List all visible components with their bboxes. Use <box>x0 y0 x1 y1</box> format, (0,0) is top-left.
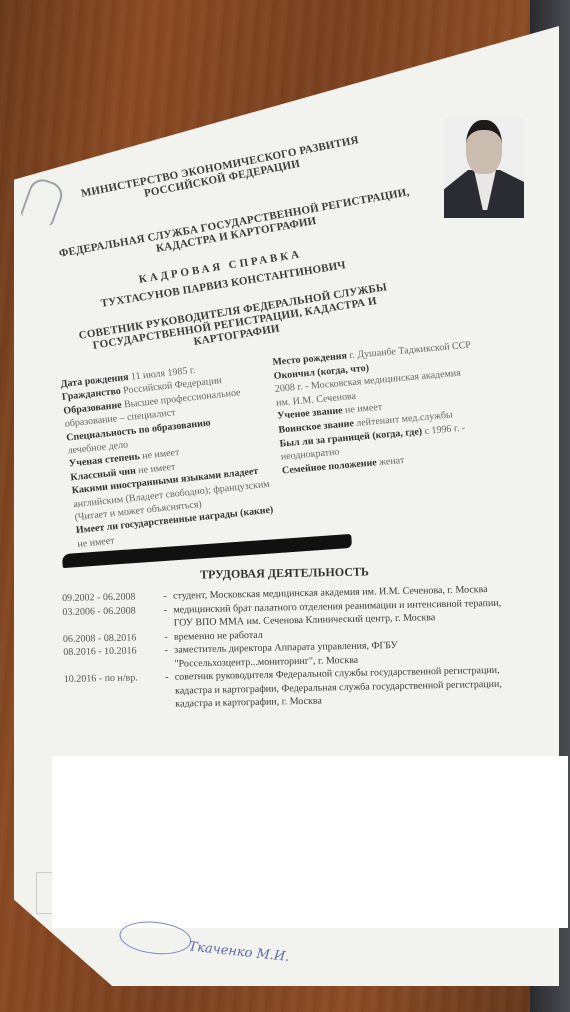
employment-title: ТРУДОВАЯ ДЕЯТЕЛЬНОСТЬ <box>200 565 369 583</box>
signature: Ткаченко М.И. <box>188 939 290 964</box>
right-fields: Место рождения г. Душанбе Таджикской ССР… <box>272 339 481 478</box>
employment-dash: - <box>158 630 174 644</box>
employment-dash: - <box>159 671 175 685</box>
employment-dates <box>64 707 159 709</box>
employment-dates <box>63 626 158 628</box>
employment-text: кадастра и картографии, г. Москва <box>175 696 322 710</box>
portrait-photo <box>444 118 524 218</box>
ministry-line-1: МИНИСТЕРСТВО ЭКОНОМИЧЕСКОГО РАЗВИТИЯ <box>80 134 360 200</box>
photo-head <box>466 120 502 174</box>
employment-dash: - <box>158 644 174 658</box>
left-fields: Дата рождения 11 июля 1985 г.Гражданство… <box>60 357 275 551</box>
stamp-seal-icon <box>118 918 193 957</box>
employment-dash: - <box>157 603 173 617</box>
employment-dash: - <box>157 590 173 604</box>
field-value: не имеет <box>77 535 115 550</box>
employment-dates <box>64 693 159 695</box>
ministry-header: МИНИСТЕРСТВО ЭКОНОМИЧЕСКОГО РАЗВИТИЯ РОС… <box>80 134 362 211</box>
redaction-box <box>52 756 568 928</box>
signature-stamp: Ткаченко М.И. <box>116 918 310 990</box>
field-value: женат <box>379 455 405 468</box>
employment-list: 09.2002 - 06.2008-студент, Московская ме… <box>62 583 503 714</box>
paperclip-icon <box>20 175 66 226</box>
employment-dates <box>64 666 159 668</box>
employment-text: временно не работал <box>174 629 263 642</box>
document-page: МИНИСТЕРСТВО ЭКОНОМИЧЕСКОГО РАЗВИТИЯ РОС… <box>0 0 570 1012</box>
